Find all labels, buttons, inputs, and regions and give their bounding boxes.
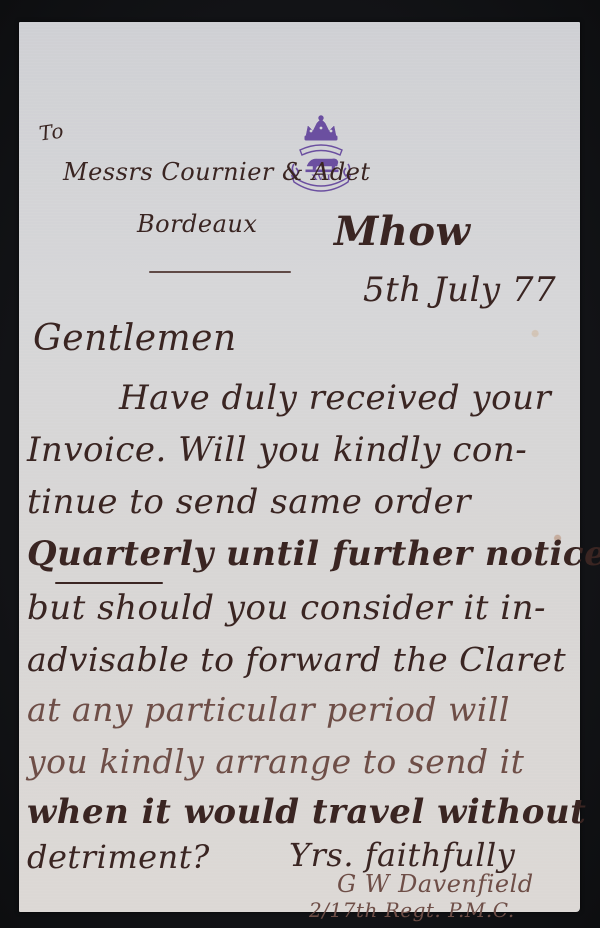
body-line-7: at any particular period will: [27, 690, 510, 729]
letter-date: 5th July 77: [363, 270, 556, 310]
letter-paper: XVII To Messrs Cournier & Adet Bordeaux …: [19, 22, 580, 912]
body-line-5: but should you consider it in-: [27, 588, 546, 628]
addressee-prefix: To: [37, 118, 65, 145]
body-line-10: detriment?: [27, 838, 210, 876]
body-line-2: Invoice. Will you kindly con-: [27, 430, 527, 470]
body-line-3: tinue to send same order: [27, 482, 471, 522]
body-line-6: advisable to forward the Claret: [27, 640, 566, 679]
regiment-line: 2/17th Regt. P.M.C.: [309, 898, 515, 922]
photo-background: XVII To Messrs Cournier & Adet Bordeaux …: [0, 0, 600, 928]
address-rule: [149, 271, 291, 273]
addressee-name: Messrs Cournier & Adet: [63, 158, 371, 186]
body-line-4: Quarterly until further notice: [27, 534, 600, 574]
closing: Yrs. faithfully: [289, 836, 515, 874]
addressee-city: Bordeaux: [137, 210, 257, 238]
body-line-9: when it would travel without: [27, 792, 586, 832]
body-line-1: Have duly received your: [119, 378, 551, 418]
quarterly-underline: [55, 582, 163, 584]
letter-place: Mhow: [334, 208, 470, 255]
signature: G W Davenfield: [337, 870, 534, 898]
salutation: Gentlemen: [33, 318, 237, 359]
body-line-8: you kindly arrange to send it: [27, 742, 524, 781]
